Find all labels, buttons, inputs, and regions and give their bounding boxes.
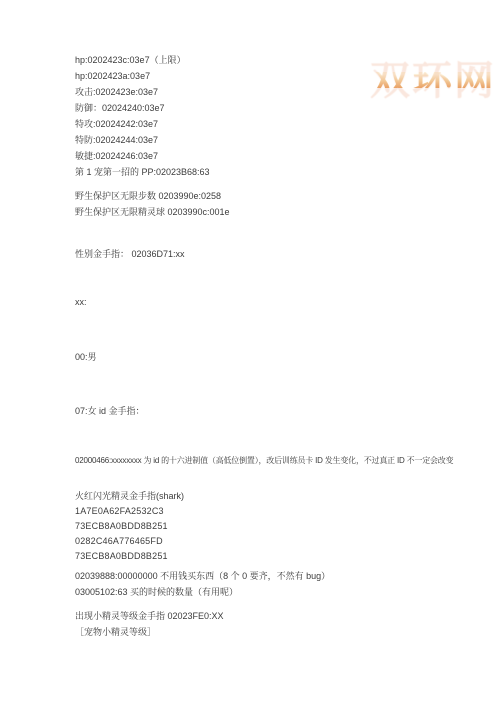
stat-code-defense: 防御：02024240:03e7 <box>75 100 482 116</box>
stat-code-pp: 第 1 宠第一招的 PP:02023B68:63 <box>75 164 482 180</box>
gender-value-placeholder: xx: <box>75 294 482 310</box>
watermark-text: 双环网 <box>370 72 496 88</box>
shark-code-line: 0282C46A776465FD <box>75 534 482 549</box>
shark-code-line: 1A7E0A62FA2532C3 <box>75 504 482 519</box>
wild-level-code: 出现小精灵等级金手指 02023FE0:XX <box>75 608 482 624</box>
shark-code-line: 73ECB8A0BDD8B251 <box>75 549 482 564</box>
stat-code-sp-defense: 特防:02024244:03e7 <box>75 132 482 148</box>
gender-value-male: 00:男 <box>75 349 482 365</box>
safari-steps-code: 野生保护区无限步数 0203990e:0258 <box>75 188 482 204</box>
safari-balls-code: 野生保护区无限精灵球 0203990c:001e <box>75 204 482 220</box>
stat-code-sp-attack: 特攻:02024242:03e7 <box>75 116 482 132</box>
shark-code-line: 73ECB8A0BDD8B251 <box>75 519 482 534</box>
stat-code-speed: 敏捷:02024246:03e7 <box>75 148 482 164</box>
wild-level-bracket: ［宠物小精灵等级］ <box>75 624 482 640</box>
document-page: 双环网 hp:0202423c:03e7（上限） hp:0202423a:03e… <box>0 0 500 707</box>
gender-code-header: 性别金手指： 02036D71:xx <box>75 246 482 262</box>
gender-value-female-id: 07:女 id 金手指： <box>75 403 482 419</box>
trainer-id-note: 02000466:xxxxxxxx 为 id 的十六进制值（高低位倒置），改后训… <box>75 453 482 469</box>
shiny-code-title: 火红闪光精灵金手指(shark) <box>75 488 482 504</box>
shop-quantity-code: 03005102:63 买的时候的数量（有用呢） <box>75 584 482 600</box>
shop-free-items-code: 02039888:00000000 不用钱买东西（8 个 0 要齐，不然有 bu… <box>75 568 482 584</box>
